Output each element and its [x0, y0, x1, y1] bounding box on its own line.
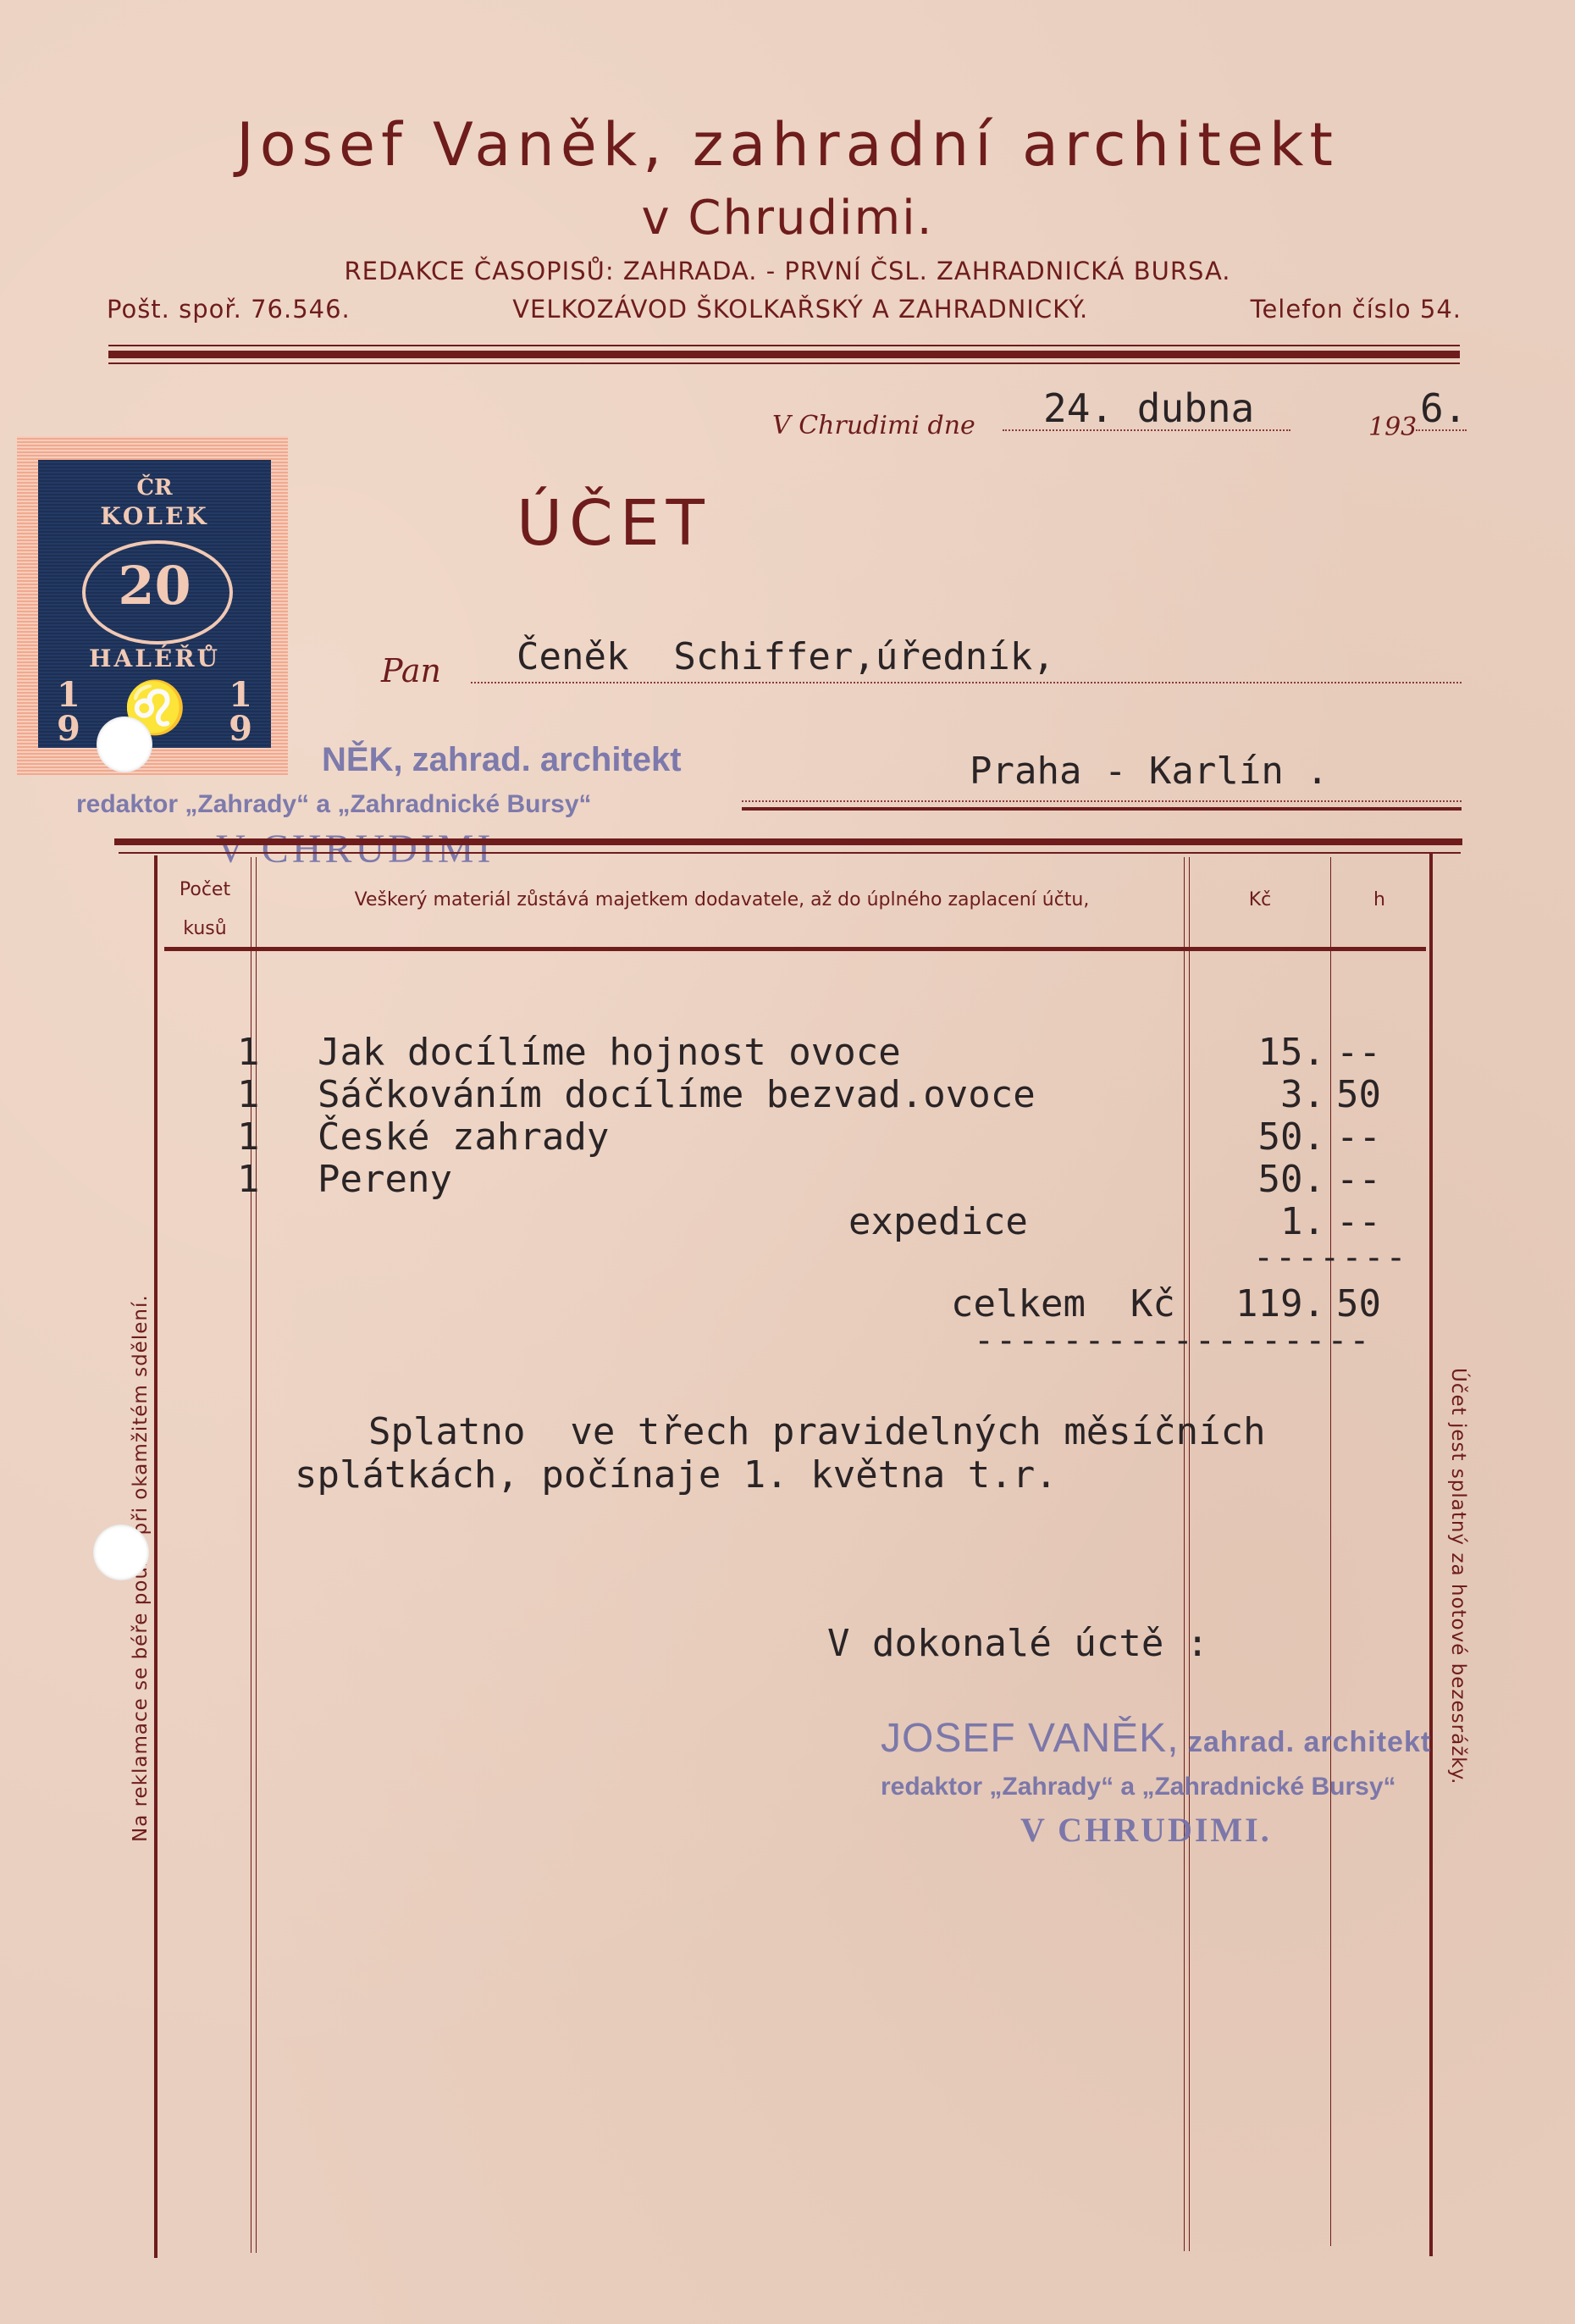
shipping-kc: 1.: [1190, 1201, 1325, 1243]
total-rule: ------------------: [974, 1321, 1371, 1360]
letterhead-title: Josef Vaněk, zahradní architekt: [0, 110, 1575, 180]
postal-savings: Pošt. spoř. 76.546.: [107, 295, 351, 324]
stamp-bottom-text: HALÉŘŮ: [38, 645, 271, 672]
letterhead-contact-line: Pošt. spoř. 76.546. VELKOZÁVOD ŠKOLKAŘSK…: [107, 295, 1462, 324]
item-description: České zahrady: [318, 1116, 609, 1159]
shipping-h: --: [1336, 1201, 1421, 1243]
date-label: V Chrudimi dne: [772, 411, 975, 440]
item-qty: 1: [237, 1032, 262, 1074]
stamp-year-right: 1 9: [229, 678, 252, 746]
company-stamp-top: NĚK, zahrad. architekt redaktor „Zahrady…: [76, 741, 686, 877]
item-kc: 50.: [1190, 1159, 1325, 1201]
city-dotted-line: [742, 800, 1462, 802]
item-qty: 1: [237, 1159, 262, 1201]
payment-terms-line1: Splatno ve třech pravidelných měsíčních: [368, 1410, 1266, 1453]
letterhead-subtitle: v Chrudimi.: [0, 191, 1575, 246]
revenue-stamp-face: ČR KOLEK 20 HALÉŘŮ 1 9 ♌ 1 9: [38, 460, 271, 748]
recipient-dotted-line: [471, 682, 1462, 683]
table-row: 1 Pereny 50. --: [0, 1159, 1575, 1201]
total-kc: 119.: [1190, 1283, 1325, 1325]
table-top-rule-thick: [114, 838, 1462, 845]
total-label: celkem Kč: [951, 1283, 1175, 1325]
item-h: --: [1336, 1159, 1421, 1201]
shipping-label: expedice: [848, 1201, 1028, 1243]
item-h: --: [1336, 1116, 1421, 1159]
punch-hole-bottom: [93, 1524, 149, 1580]
header-rule-thin-bottom: [108, 362, 1460, 364]
item-h: --: [1336, 1032, 1421, 1074]
year-prefix: 193: [1368, 412, 1417, 442]
header-rule-thin-top: [108, 345, 1460, 346]
header-rule-thick: [108, 351, 1460, 358]
stamp-top-line3: V CHRUDIMI: [216, 826, 494, 872]
stamp-top-text: KOLEK: [38, 502, 271, 530]
stamp-top-line2: redaktor „Zahrady“ a „Zahradnické Bursy“: [76, 790, 592, 819]
item-description: Pereny: [318, 1159, 452, 1201]
item-kc: 15.: [1190, 1032, 1325, 1074]
table-row: 1 Jak docílíme hojnost ovoce 15. --: [0, 1032, 1575, 1074]
table-header-rule: [164, 947, 1426, 951]
city-rule: [742, 807, 1462, 811]
table-row: 1 Sáčkováním docílíme bezvad.ovoce 3. 50: [0, 1074, 1575, 1116]
business-description: VELKOZÁVOD ŠKOLKAŘSKÝ A ZAHRADNICKÝ.: [512, 295, 1088, 324]
item-kc: 50.: [1190, 1116, 1325, 1159]
document-heading: ÚČET: [517, 487, 711, 560]
table-top-rule-thin: [119, 852, 1461, 854]
margin-note-right: Účet jest splatný za hotové bezesrážky.: [1447, 1368, 1469, 1784]
recipient-city: Praha - Karlín .: [970, 750, 1329, 793]
stamp-bottom-line2: redaktor „Zahrady“ a „Zahradnické Bursy“: [881, 1773, 1396, 1801]
date-row: V Chrudimi dne 24. dubna 193 6.: [772, 385, 1467, 436]
payment-terms-line2: splátkách, počínaje 1. května t.r.: [295, 1453, 1058, 1497]
year-suffix: 6.: [1420, 385, 1467, 431]
item-description: Jak docílíme hojnost ovoce: [318, 1032, 901, 1074]
stamp-top-line1: NĚK, zahrad. architekt: [322, 741, 682, 779]
header-ownership-note: Veškerý materiál zůstává majetkem dodava…: [262, 889, 1181, 910]
editorial-line: REDAKCE ČASOPISŮ: ZAHRADA. - PRVNÍ ČSL. …: [0, 257, 1575, 285]
stamp-bottom-name: JOSEF VANĚK,: [881, 1716, 1180, 1761]
item-description: Sáčkováním docílíme bezvad.ovoce: [318, 1074, 1036, 1116]
total-row: celkem Kč 119. 50: [0, 1283, 1575, 1325]
item-qty: 1: [237, 1074, 262, 1116]
company-stamp-bottom: JOSEF VANĚK, zahrad. architekt redaktor …: [876, 1715, 1486, 1868]
item-kc: 3.: [1190, 1074, 1325, 1116]
shipping-row: expedice 1. --: [0, 1201, 1575, 1243]
item-qty: 1: [237, 1116, 262, 1159]
subtotal-rule: -------: [1253, 1238, 1408, 1277]
stamp-bottom-line3: V CHRUDIMI.: [1020, 1810, 1272, 1850]
stamp-year-left: 1 9: [57, 678, 80, 746]
table-row: 1 České zahrady 50. --: [0, 1116, 1575, 1159]
header-quantity: Počet kusů: [161, 871, 249, 949]
recipient-label: Pan: [381, 652, 441, 689]
closing-salutation: V dokonalé úctě :: [827, 1622, 1208, 1665]
header-crowns: Kč: [1190, 889, 1330, 910]
stamp-bottom-title: zahrad. architekt: [1180, 1726, 1432, 1758]
item-h: 50: [1336, 1074, 1421, 1116]
stamp-value: 20: [38, 555, 271, 617]
telephone: Telefon číslo 54.: [1251, 295, 1462, 324]
stamp-bottom-line1: JOSEF VANĚK, zahrad. architekt: [881, 1715, 1431, 1762]
total-h: 50: [1336, 1283, 1421, 1325]
revenue-stamp: ČR KOLEK 20 HALÉŘŮ 1 9 ♌ 1 9: [17, 436, 288, 775]
header-hellers: h: [1332, 889, 1427, 910]
date-value: 24. dubna: [1043, 385, 1254, 431]
recipient-name: Čeněk Schiffer,úředník,: [517, 635, 1055, 678]
stamp-monogram: ČR: [38, 475, 271, 501]
